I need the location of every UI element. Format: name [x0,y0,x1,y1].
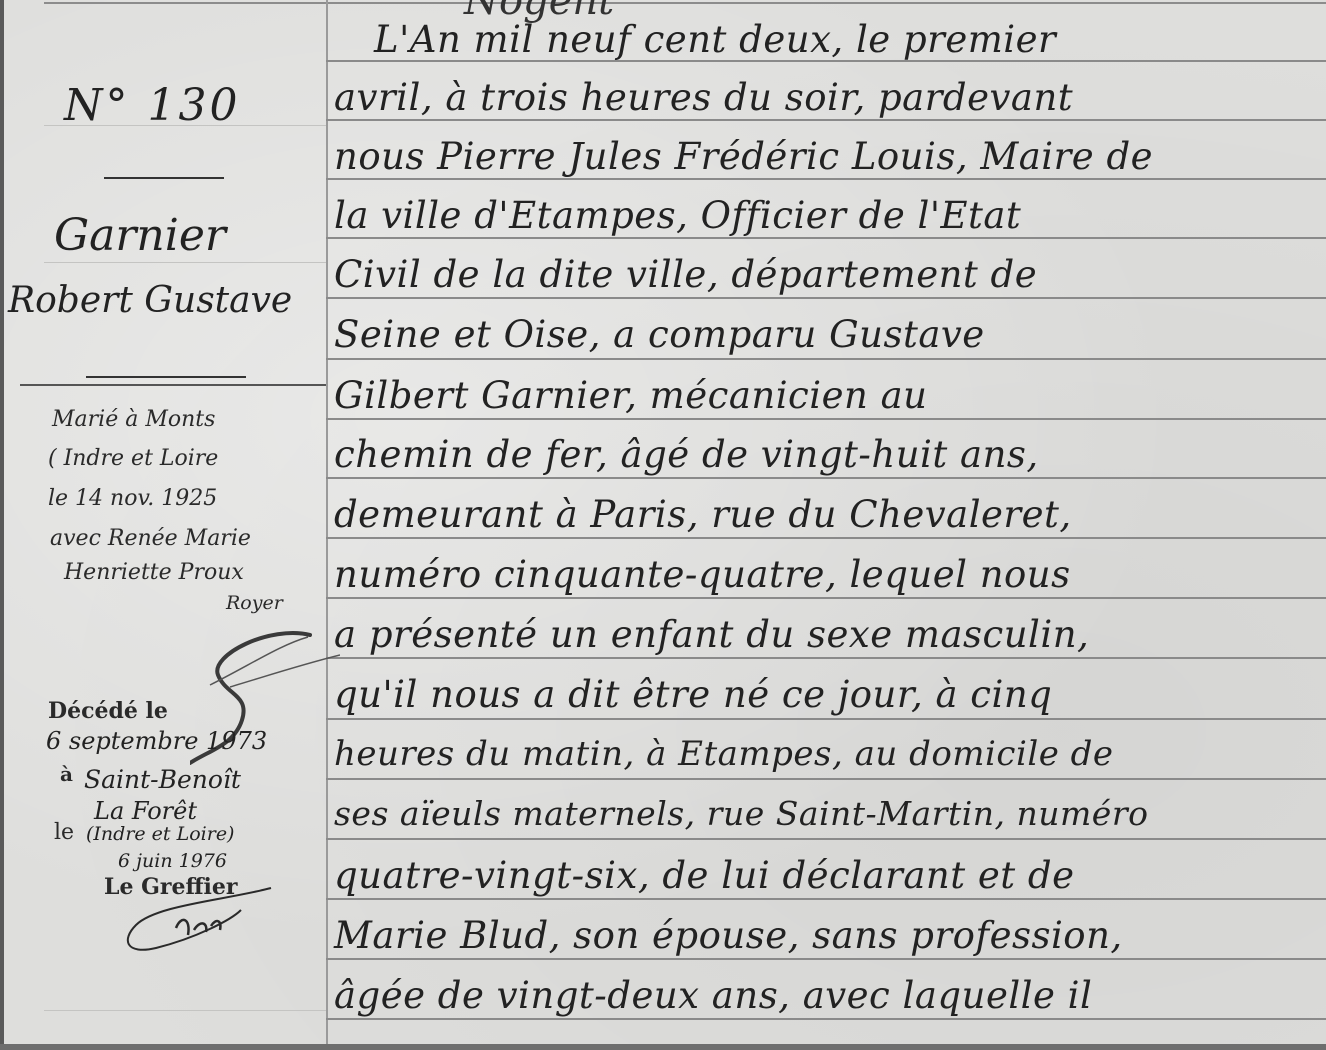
ruled-line [326,537,1326,539]
register-page: Nogent N° 130 Garnier Robert Gustave Mar… [4,0,1326,1044]
death-printed-at: à [60,762,73,786]
act-number: N° 130 [64,80,240,131]
marriage-note-line: Marié à Monts [52,407,215,432]
body-line: avril, à trois heures du soir, pardevant [334,76,1073,119]
body-line: qu'il nous a dit être né ce jour, à cinq [334,673,1052,716]
ruled-line [326,838,1326,840]
top-rule [44,2,1326,4]
margin-vertical-rule [326,0,328,1044]
ruled-line [326,477,1326,479]
death-printed-le: le [54,820,74,845]
marriage-note-line: Henriette Proux [64,560,244,585]
page-left-edge [0,0,4,1050]
body-line: ses aïeuls maternels, rue Saint-Martin, … [334,794,1148,833]
separator-line [20,384,326,386]
greffier-signature-icon [116,880,276,960]
body-line: Civil de la dite ville, département de [334,253,1037,296]
marriage-note-line: avec Renée Marie [50,526,251,551]
ruled-line [326,1018,1326,1020]
body-line: Marie Blud, son épouse, sans profession, [334,914,1123,957]
marriage-note-line: le 14 nov. 1925 [48,486,217,511]
ruled-line [326,178,1326,180]
margin-ghost-line [44,1010,326,1011]
body-line: âgée de vingt-deux ans, avec laquelle il [334,974,1092,1017]
ruled-line [326,958,1326,960]
death-printed-label: Décédé le [48,698,168,724]
death-place-line2: La Forêt [94,797,197,825]
death-department: (Indre et Loire) [86,823,234,845]
given-names: Robert Gustave [8,280,292,321]
body-line: Gilbert Garnier, mécanicien au [334,374,928,417]
body-line: chemin de fer, âgé de vingt-huit ans, [334,433,1039,476]
body-line: demeurant à Paris, rue du Chevaleret, [334,493,1072,536]
separator-dash [86,376,246,378]
margin-ghost-line [44,262,326,263]
ruled-line [326,657,1326,659]
body-line: a présenté un enfant du sexe masculin, [334,613,1089,656]
ruled-line [326,297,1326,299]
ruled-line [326,237,1326,239]
body-line: la ville d'Etampes, Officier de l'Etat [334,194,1021,237]
body-line: quatre-vingt-six, de lui déclarant et de [334,854,1074,897]
body-line: L'An mil neuf cent deux, le premier [374,18,1056,61]
ruled-line [326,358,1326,360]
ruled-line [326,898,1326,900]
ruled-line [326,119,1326,121]
body-line: heures du matin, à Etampes, au domicile … [334,734,1114,774]
separator-dash [104,177,224,179]
death-place-line1: Saint-Benoît [84,765,241,794]
page-bottom-edge [0,1044,1326,1050]
surname: Garnier [54,210,226,261]
ruled-line [326,718,1326,720]
ruled-line [326,597,1326,599]
body-line: Seine et Oise, a comparu Gustave [334,313,985,356]
death-date: 6 septembre 1973 [46,727,267,755]
body-line: numéro cinquante-quatre, lequel nous [334,553,1071,596]
marriage-note-line: ( Indre et Loire [48,446,218,471]
ruled-line [326,778,1326,780]
ruled-line [326,418,1326,420]
death-recorded-date: 6 juin 1976 [118,850,227,872]
marriage-note-line: Royer [226,592,283,614]
body-line: nous Pierre Jules Frédéric Louis, Maire … [334,135,1153,178]
